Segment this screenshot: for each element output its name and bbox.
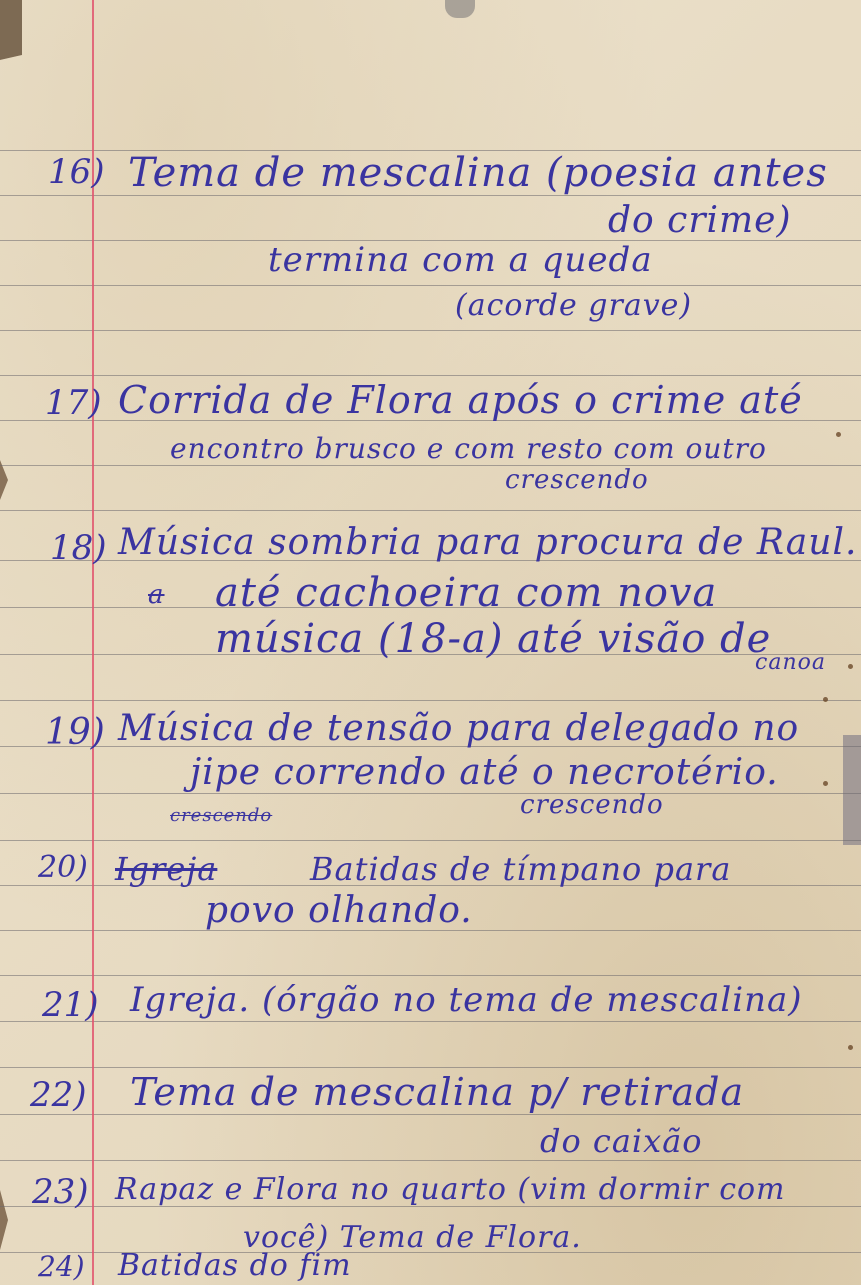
entry-text: do caixão bbox=[540, 1122, 703, 1160]
entry-text: música (18-a) até visão de bbox=[215, 616, 771, 662]
entry-text: crescendo bbox=[520, 790, 664, 820]
ruled-line bbox=[0, 1067, 861, 1068]
ruled-line bbox=[0, 793, 861, 794]
ruled-line bbox=[0, 840, 861, 841]
entry-text: do crime) bbox=[608, 200, 792, 241]
entry-text: Tema de mescalina p/ retirada bbox=[130, 1070, 744, 1114]
entry-text: até cachoeira com nova bbox=[215, 570, 717, 616]
ruled-line bbox=[0, 465, 861, 466]
struck-text: Igreja bbox=[115, 850, 217, 888]
entry-number: 19) bbox=[45, 712, 105, 753]
ink-spot bbox=[823, 781, 828, 786]
entry-text: Corrida de Flora após o crime até bbox=[118, 378, 803, 422]
margin-line bbox=[92, 0, 94, 1285]
entry-text: Batidas do fim bbox=[118, 1248, 352, 1283]
page-tear bbox=[843, 735, 861, 845]
ruled-line bbox=[0, 375, 861, 376]
entry-text: Música sombria para procura de Raul. bbox=[118, 522, 857, 563]
entry-text: crescendo bbox=[505, 465, 649, 495]
ruled-line bbox=[0, 1021, 861, 1022]
ruled-line bbox=[0, 700, 861, 701]
entry-text: jipe correndo até o necrotério. bbox=[190, 752, 779, 793]
ink-spot bbox=[836, 432, 841, 437]
ink-spot bbox=[848, 1045, 853, 1050]
ruled-line bbox=[0, 1114, 861, 1115]
background-surface bbox=[0, 0, 24, 62]
entry-number: 17) bbox=[45, 383, 102, 423]
ruled-line bbox=[0, 285, 861, 286]
ruled-line bbox=[0, 510, 861, 511]
entry-number: 24) bbox=[38, 1250, 85, 1283]
entry-text: Batidas de tímpano para bbox=[310, 850, 731, 888]
entry-text: Música de tensão para delegado no bbox=[118, 708, 799, 749]
entry-text: termina com a queda bbox=[268, 240, 653, 280]
entry-number: 22) bbox=[30, 1075, 87, 1115]
entry-text: Igreja. (órgão no tema de mescalina) bbox=[130, 980, 803, 1020]
ruled-line bbox=[0, 330, 861, 331]
ruled-line bbox=[0, 1160, 861, 1161]
entry-number: 16) bbox=[48, 152, 105, 192]
entry-number: 18) bbox=[50, 528, 107, 568]
entry-number: 21) bbox=[42, 985, 99, 1025]
entry-text: Rapaz e Flora no quarto (vim dormir com bbox=[115, 1172, 786, 1207]
ruled-line bbox=[0, 975, 861, 976]
ink-spot bbox=[848, 664, 853, 669]
struck-text: crescendo bbox=[170, 805, 272, 826]
entry-number: 23) bbox=[32, 1172, 89, 1212]
entry-text: povo olhando. bbox=[205, 890, 473, 931]
struck-text: a bbox=[148, 580, 165, 610]
entry-number: 20) bbox=[38, 850, 88, 885]
entry-text: Tema de mescalina (poesia antes bbox=[128, 150, 828, 196]
entry-text: (acorde grave) bbox=[455, 288, 692, 323]
entry-text: encontro brusco e com resto com outro bbox=[170, 432, 767, 465]
entry-text: canoa bbox=[755, 650, 826, 675]
ink-spot bbox=[823, 697, 828, 702]
paper-stain bbox=[445, 0, 475, 18]
